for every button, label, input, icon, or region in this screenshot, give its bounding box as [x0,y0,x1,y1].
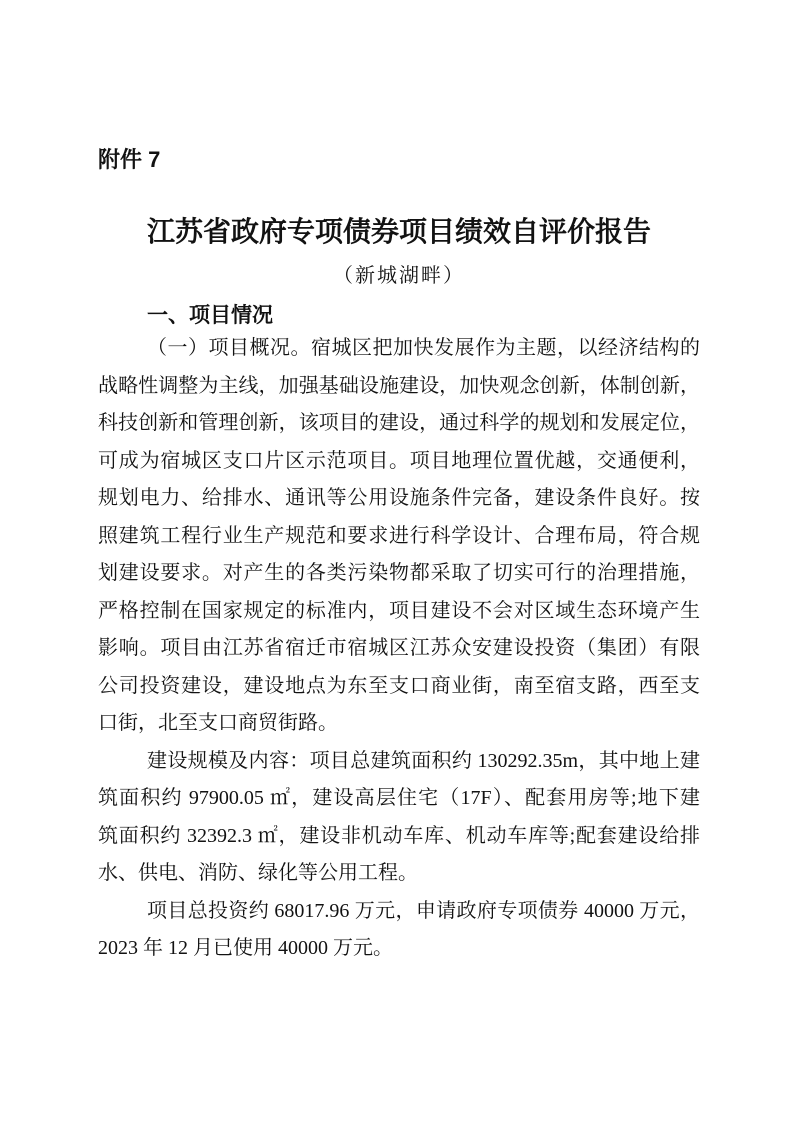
text-line: 2023 年 12 月已使用 40000 万元。 [98,930,700,968]
section-heading: 一、项目情况 [98,302,700,330]
document-body: （一）项目概况。宿城区把加快发展作为主题，以经济结构的 战略性调整为主线，加强基… [98,330,700,968]
text-line: 规划电力、给排水、通讯等公用设施条件完备，建设条件良好。按 [98,480,700,518]
document-subtitle: （新城湖畔） [98,264,700,288]
text-line: 科技创新和管理创新，该项目的建设，通过科学的规划和发展定位， [98,405,700,443]
text-line: 项目总投资约 68017.96 万元，申请政府专项债券 40000 万元， [98,893,700,931]
text-line: （一）项目概况。宿城区把加快发展作为主题，以经济结构的 [98,330,700,368]
text-line: 筑面积约 97900.05 ㎡，建设高层住宅（17F）、配套用房等;地下建 [98,780,700,818]
text-line: 可成为宿城区支口片区示范项目。项目地理位置优越，交通便利， [98,443,700,481]
text-line: 筑面积约 32392.3 ㎡，建设非机动车库、机动车库等;配套建设给排 [98,818,700,856]
paragraph: （一）项目概况。宿城区把加快发展作为主题，以经济结构的 战略性调整为主线，加强基… [98,330,700,743]
attachment-label: 附件 7 [98,146,700,174]
document-title: 江苏省政府专项债券项目绩效自评价报告 [98,216,700,250]
document-page: 附件 7 江苏省政府专项债券项目绩效自评价报告 （新城湖畔） 一、项目情况 （一… [0,0,793,1122]
paragraph: 项目总投资约 68017.96 万元，申请政府专项债券 40000 万元， 20… [98,893,700,968]
text-line: 照建筑工程行业生产规范和要求进行科学设计、合理布局，符合规 [98,518,700,556]
page-content: 附件 7 江苏省政府专项债券项目绩效自评价报告 （新城湖畔） 一、项目情况 （一… [98,0,700,968]
text-line: 公司投资建设，建设地点为东至支口商业街，南至宿支路，西至支 [98,668,700,706]
text-line: 划建设要求。对产生的各类污染物都采取了切实可行的治理措施， [98,555,700,593]
text-line: 影响。项目由江苏省宿迁市宿城区江苏众安建设投资（集团）有限 [98,630,700,668]
text-line: 战略性调整为主线，加强基础设施建设，加快观念创新，体制创新， [98,368,700,406]
text-line: 建设规模及内容：项目总建筑面积约 130292.35m，其中地上建 [98,743,700,781]
text-line: 口街，北至支口商贸街路。 [98,705,700,743]
text-line: 严格控制在国家规定的标准内，项目建设不会对区域生态环境产生 [98,593,700,631]
text-line: 水、供电、消防、绿化等公用工程。 [98,855,700,893]
paragraph: 建设规模及内容：项目总建筑面积约 130292.35m，其中地上建 筑面积约 9… [98,743,700,893]
